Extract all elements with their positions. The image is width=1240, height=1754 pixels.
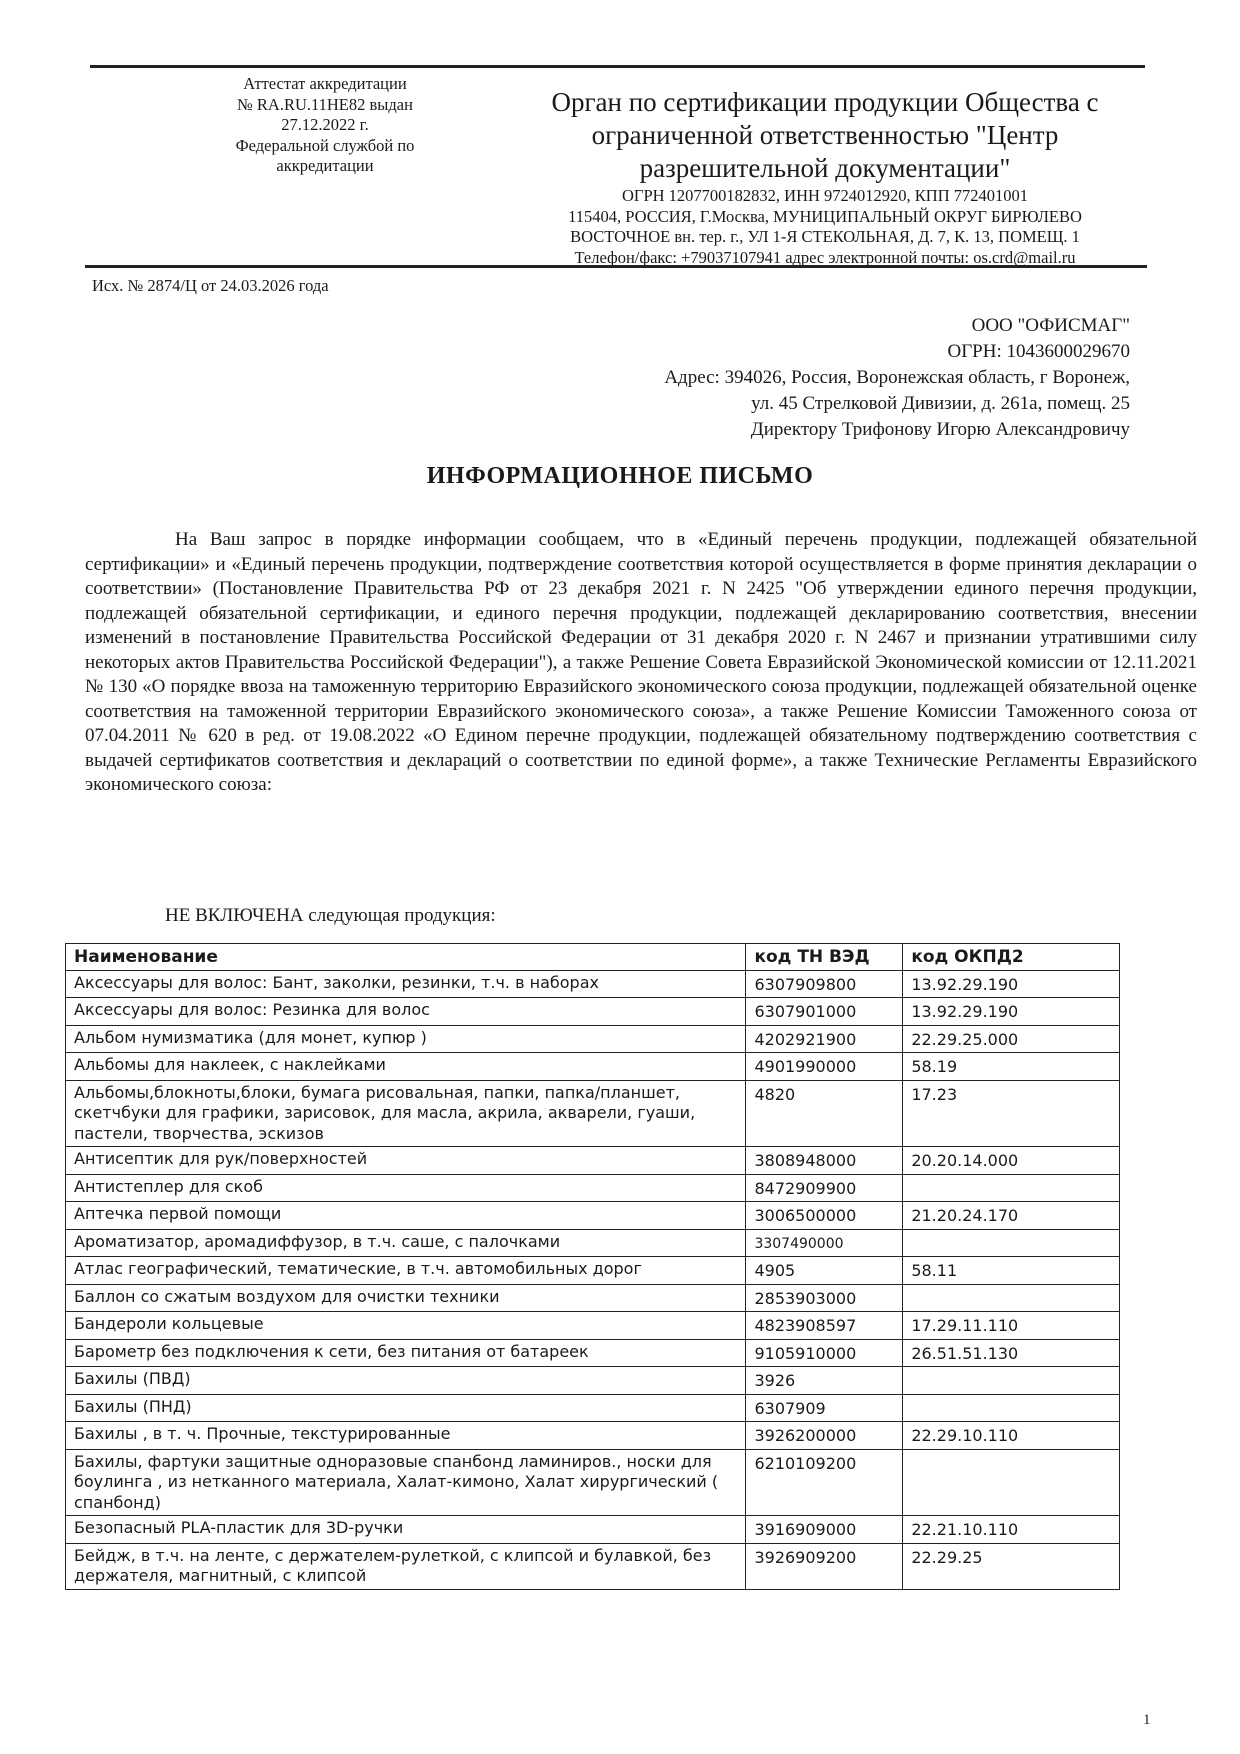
tnved-code: 3307490000 (746, 1229, 903, 1257)
table-row: Альбомы,блокноты,блоки, бумага рисовальн… (66, 1080, 1120, 1147)
table-header-row: Наименование код ТН ВЭД код ОКПД2 (66, 944, 1120, 971)
okpd2-code: 22.29.10.110 (903, 1422, 1120, 1450)
outgoing-number: Исх. № 2874/Ц от 24.03.2026 года (92, 276, 329, 296)
table-row: Аптечка первой помощи300650000021.20.24.… (66, 1202, 1120, 1230)
tnved-code: 3916909000 (746, 1516, 903, 1544)
tnved-code: 3926909200 (746, 1543, 903, 1589)
issuer-registration: ОГРН 1207700182832, ИНН 9724012920, КПП … (505, 186, 1145, 207)
tnved-code: 6210109200 (746, 1449, 903, 1516)
table-row: Аксессуары для волос: Резинка для волос6… (66, 998, 1120, 1026)
tnved-code: 2853903000 (746, 1284, 903, 1312)
letter-body: На Ваш запрос в порядке информации сообщ… (85, 528, 1197, 798)
okpd2-code: 13.92.29.190 (903, 998, 1120, 1026)
product-name: Антистеплер для скоб (66, 1174, 746, 1202)
page-number: 1 (1143, 1712, 1151, 1729)
product-name: Бахилы, фартуки защитные одноразовые спа… (66, 1449, 746, 1516)
tnved-code: 8472909900 (746, 1174, 903, 1202)
table-row: Альбомы для наклеек, с наклейками4901990… (66, 1053, 1120, 1081)
table-row: Альбом нумизматика (для монет, купюр )42… (66, 1025, 1120, 1053)
tnved-code: 6307909 (746, 1394, 903, 1422)
okpd2-code: 17.23 (903, 1080, 1120, 1147)
issuer-name-line: разрешительной документации" (505, 152, 1145, 185)
table-row: Бандероли кольцевые482390859717.29.11.11… (66, 1312, 1120, 1340)
product-name: Барометр без подключения к сети, без пит… (66, 1339, 746, 1367)
product-name: Ароматизатор, аромадиффузор, в т.ч. саше… (66, 1229, 746, 1257)
addressee-block: ООО "ОФИСМАГ" ОГРН: 1043600029670 Адрес:… (664, 313, 1130, 443)
okpd2-code (903, 1449, 1120, 1516)
table-row: Бейдж, в т.ч. на ленте, с держателем-рул… (66, 1543, 1120, 1589)
table-row: Ароматизатор, аромадиффузор, в т.ч. саше… (66, 1229, 1120, 1257)
accreditation-block: Аттестат аккредитации № RA.RU.11НЕ82 выд… (180, 74, 470, 177)
okpd2-code (903, 1284, 1120, 1312)
issuer-contacts: Телефон/факс: +79037107941 адрес электро… (505, 248, 1145, 269)
okpd2-code: 22.21.10.110 (903, 1516, 1120, 1544)
tnved-code: 4905 (746, 1257, 903, 1285)
tnved-code: 3926200000 (746, 1422, 903, 1450)
okpd2-code: 20.20.14.000 (903, 1147, 1120, 1175)
tnved-code: 6307901000 (746, 998, 903, 1026)
product-name: Безопасный PLA-пластик для 3D-ручки (66, 1516, 746, 1544)
column-header-name: Наименование (66, 944, 746, 971)
accreditation-line: аккредитации (180, 156, 470, 177)
product-name: Аптечка первой помощи (66, 1202, 746, 1230)
issuer-address-line: 115404, РОССИЯ, Г.Москва, МУНИЦИПАЛЬНЫЙ … (505, 207, 1145, 228)
okpd2-code: 22.29.25.000 (903, 1025, 1120, 1053)
product-name: Бахилы (ПНД) (66, 1394, 746, 1422)
issuer-block: Орган по сертификации продукции Общества… (505, 86, 1145, 268)
accreditation-line: Федеральной службой по (180, 136, 470, 157)
header-top-rule (90, 65, 1145, 68)
product-name: Бейдж, в т.ч. на ленте, с держателем-рул… (66, 1543, 746, 1589)
okpd2-code (903, 1394, 1120, 1422)
okpd2-code: 58.11 (903, 1257, 1120, 1285)
table-row: Баллон со сжатым воздухом для очистки те… (66, 1284, 1120, 1312)
table-row: Безопасный PLA-пластик для 3D-ручки39169… (66, 1516, 1120, 1544)
addressee-address-line: ул. 45 Стрелковой Дивизии, д. 261а, поме… (664, 391, 1130, 417)
okpd2-code: 26.51.51.130 (903, 1339, 1120, 1367)
addressee-company: ООО "ОФИСМАГ" (664, 313, 1130, 339)
okpd2-code: 17.29.11.110 (903, 1312, 1120, 1340)
product-name: Баллон со сжатым воздухом для очистки те… (66, 1284, 746, 1312)
okpd2-code (903, 1229, 1120, 1257)
table-row: Антисептик для рук/поверхностей380894800… (66, 1147, 1120, 1175)
okpd2-code: 22.29.25 (903, 1543, 1120, 1589)
product-name: Аксессуары для волос: Резинка для волос (66, 998, 746, 1026)
tnved-code: 4823908597 (746, 1312, 903, 1340)
product-name: Альбомы,блокноты,блоки, бумага рисовальн… (66, 1080, 746, 1147)
tnved-code: 3926 (746, 1367, 903, 1395)
okpd2-code: 21.20.24.170 (903, 1202, 1120, 1230)
column-header-okpd2: код ОКПД2 (903, 944, 1120, 971)
product-name: Альбом нумизматика (для монет, купюр ) (66, 1025, 746, 1053)
accreditation-line: Аттестат аккредитации (180, 74, 470, 95)
issuer-name-line: ограниченной ответственностью "Центр (505, 119, 1145, 152)
addressee-address-line: Адрес: 394026, Россия, Воронежская облас… (664, 365, 1130, 391)
exclusion-note: НЕ ВКЛЮЧЕНА следующая продукция: (165, 905, 496, 927)
table-row: Бахилы (ПВД)3926 (66, 1367, 1120, 1395)
accreditation-line: № RA.RU.11НЕ82 выдан (180, 95, 470, 116)
okpd2-code: 13.92.29.190 (903, 970, 1120, 998)
table-row: Бахилы (ПНД)6307909 (66, 1394, 1120, 1422)
table-row: Барометр без подключения к сети, без пит… (66, 1339, 1120, 1367)
okpd2-code (903, 1367, 1120, 1395)
product-name: Бандероли кольцевые (66, 1312, 746, 1340)
tnved-code: 9105910000 (746, 1339, 903, 1367)
okpd2-code: 58.19 (903, 1053, 1120, 1081)
issuer-details: ОГРН 1207700182832, ИНН 9724012920, КПП … (505, 186, 1145, 268)
table-row: Аксессуары для волос: Бант, заколки, рез… (66, 970, 1120, 998)
products-table: Наименование код ТН ВЭД код ОКПД2 Аксесс… (65, 943, 1120, 1590)
product-name: Антисептик для рук/поверхностей (66, 1147, 746, 1175)
issuer-name: Орган по сертификации продукции Общества… (505, 86, 1145, 185)
product-name: Бахилы , в т. ч. Прочные, текстурированн… (66, 1422, 746, 1450)
tnved-code: 3006500000 (746, 1202, 903, 1230)
table-row: Атлас географический, тематические, в т.… (66, 1257, 1120, 1285)
product-name: Бахилы (ПВД) (66, 1367, 746, 1395)
issuer-name-line: Орган по сертификации продукции Общества… (505, 86, 1145, 119)
tnved-code: 4202921900 (746, 1025, 903, 1053)
product-name: Атлас географический, тематические, в т.… (66, 1257, 746, 1285)
table-row: Бахилы , в т. ч. Прочные, текстурированн… (66, 1422, 1120, 1450)
table-row: Антистеплер для скоб8472909900 (66, 1174, 1120, 1202)
table-row: Бахилы, фартуки защитные одноразовые спа… (66, 1449, 1120, 1516)
column-header-tnved: код ТН ВЭД (746, 944, 903, 971)
issuer-address-line: ВОСТОЧНОЕ вн. тер. г., УЛ 1-Я СТЕКОЛЬНАЯ… (505, 227, 1145, 248)
okpd2-code (903, 1174, 1120, 1202)
accreditation-line: 27.12.2022 г. (180, 115, 470, 136)
product-name: Альбомы для наклеек, с наклейками (66, 1053, 746, 1081)
product-name: Аксессуары для волос: Бант, заколки, рез… (66, 970, 746, 998)
tnved-code: 4820 (746, 1080, 903, 1147)
tnved-code: 4901990000 (746, 1053, 903, 1081)
tnved-code: 3808948000 (746, 1147, 903, 1175)
document-title: ИНФОРМАЦИОННОЕ ПИСЬМО (0, 463, 1240, 490)
tnved-code: 6307909800 (746, 970, 903, 998)
addressee-recipient: Директору Трифонову Игорю Александровичу (664, 417, 1130, 443)
addressee-ogrn: ОГРН: 1043600029670 (664, 339, 1130, 365)
